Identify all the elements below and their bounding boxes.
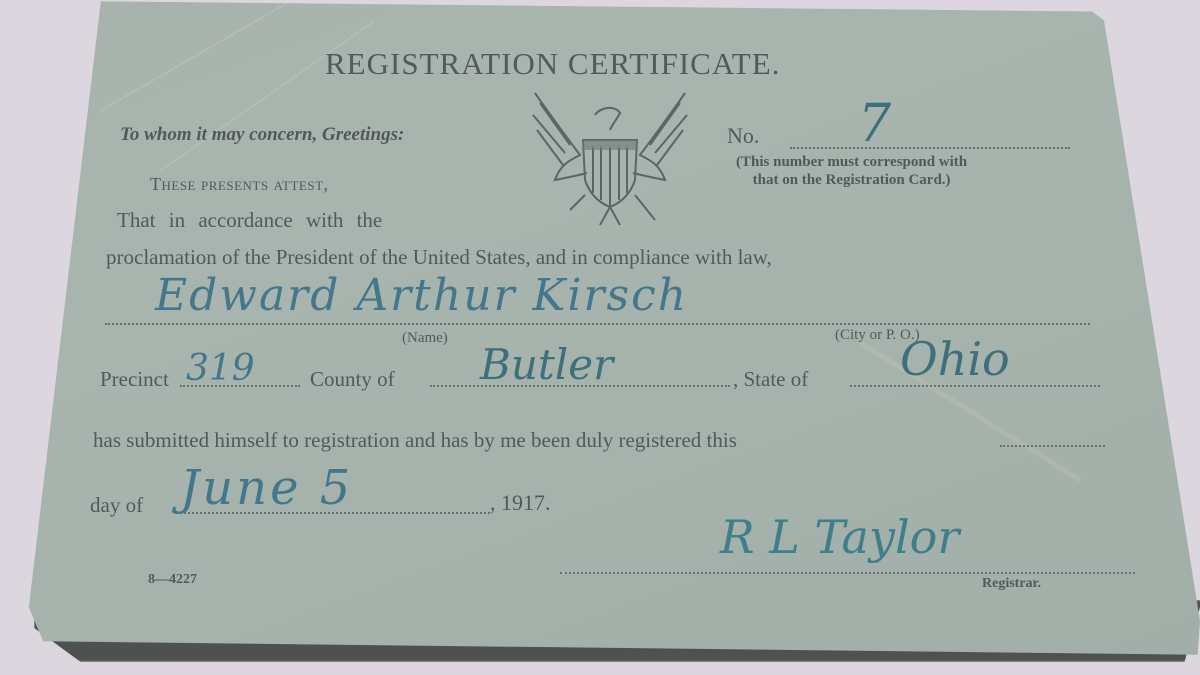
- proclamation-text: proclamation of the President of the Uni…: [106, 245, 772, 270]
- number-label: No.: [727, 123, 759, 149]
- registration-certificate-card: REGISTRATION CERTIFICATE. To whom it may…: [0, 0, 1200, 675]
- registration-date-value: June 5: [180, 460, 353, 516]
- submitted-line: [1000, 445, 1105, 447]
- eagle-emblem-icon: [525, 85, 695, 230]
- registrar-label: Registrar.: [982, 576, 1041, 592]
- number-note: (This number must correspond with that o…: [736, 153, 967, 189]
- number-line: [790, 147, 1070, 149]
- precinct-value: 319: [186, 348, 255, 389]
- number-note-line-1: (This number must correspond with: [736, 153, 967, 171]
- name-line: [105, 323, 1090, 325]
- registrant-name-value: Edward Arthur Kirsch: [155, 270, 688, 321]
- submitted-text: has submitted himself to registration an…: [93, 428, 737, 453]
- signature-line: [560, 572, 1135, 574]
- day-of-label: day of: [90, 493, 143, 518]
- name-label: (Name): [402, 330, 448, 347]
- attest-text: These presents attest,: [150, 174, 329, 195]
- year-text: , 1917.: [490, 490, 551, 516]
- state-label: , State of: [733, 367, 808, 392]
- state-value: Ohio: [900, 332, 1010, 386]
- paper-crease: [159, 21, 373, 172]
- county-label: County of: [310, 367, 395, 392]
- greeting-text: To whom it may concern, Greetings:: [120, 124, 404, 146]
- form-number: 8—4227: [148, 572, 197, 588]
- county-value: Butler: [480, 340, 613, 389]
- certificate-number-value: 7: [858, 94, 891, 154]
- accordance-text: That in accordance with the: [117, 208, 382, 233]
- certificate-title: REGISTRATION CERTIFICATE.: [325, 46, 780, 82]
- number-note-line-2: that on the Registration Card.): [736, 171, 967, 189]
- registrar-signature: R L Taylor: [720, 510, 959, 564]
- precinct-label: Precinct: [100, 367, 169, 392]
